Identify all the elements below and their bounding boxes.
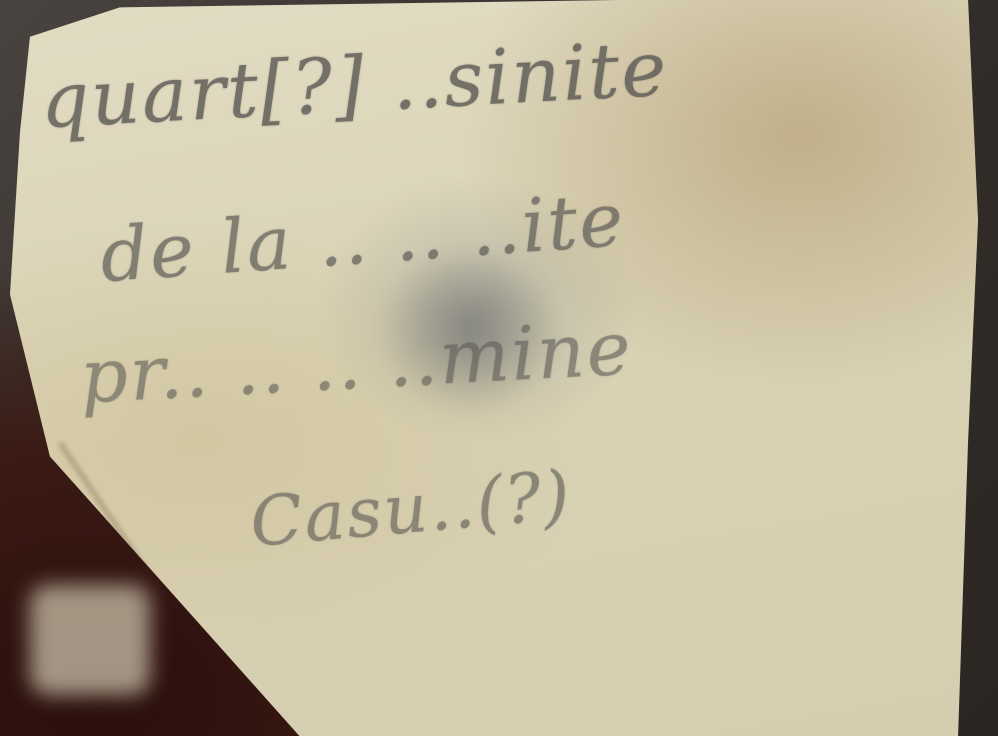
handwriting-line-4: Casu..(?) [247, 456, 575, 563]
out-of-focus-object [30, 585, 150, 695]
handwriting-line-1: quart[?] ..sinite [38, 24, 670, 146]
